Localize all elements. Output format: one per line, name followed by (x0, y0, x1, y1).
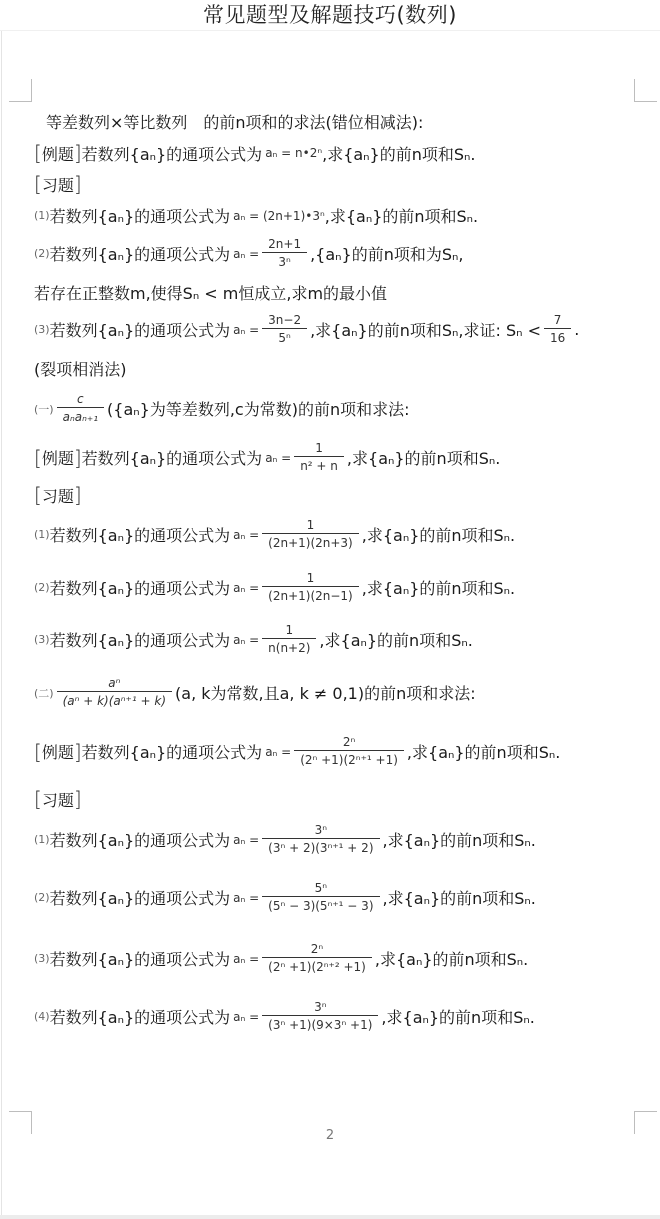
example-text: 若数列{aₙ}的通项公式为 (82, 142, 263, 165)
fraction-numerator: c (71, 391, 90, 407)
page-number: 2 (0, 1128, 660, 1143)
part-label: (一) (34, 401, 54, 417)
document-title-bar: 常见题型及解题技巧(数列) (0, 0, 660, 31)
exercise-tag: 习题 (42, 173, 74, 196)
bracket-open: [ (34, 483, 42, 507)
bracket-close: ] (74, 446, 82, 470)
example-1: [例题] 若数列{aₙ}的通项公式为 aₙ = n•2ⁿ ,求{aₙ}的前n项和… (34, 141, 476, 165)
exercise-text: 若数列{aₙ}的通项公式为 (50, 576, 231, 599)
bracket-open: [ (34, 446, 42, 470)
formula-lhs: aₙ = (233, 1010, 259, 1024)
fraction: 3n−25ⁿ (262, 312, 307, 347)
exercise-tail: ,求{aₙ}的前n项和Sₙ. (362, 576, 515, 599)
exercise-text: 若数列{aₙ}的通项公式为 (50, 947, 231, 970)
exercise-number: (1) (34, 833, 50, 846)
exercise-text: 若数列{aₙ}的通项公式为 (50, 828, 231, 851)
fraction: 1n² + n (294, 440, 344, 475)
exercise-tail: ,{aₙ}的前n项和为Sₙ, (310, 242, 463, 265)
exercise-3-4: (4) 若数列{aₙ}的通项公式为 aₙ = 3ⁿ(3ⁿ +1)(9×3ⁿ +1… (34, 999, 535, 1034)
fraction-numerator: 2ⁿ (305, 941, 329, 957)
fraction-numerator: 3ⁿ (308, 999, 332, 1015)
exercise-number: (2) (34, 581, 50, 594)
example-2: [例题] 若数列{aₙ}的通项公式为 aₙ = 1n² + n ,求{aₙ}的前… (34, 440, 500, 475)
example-tail: ,求{aₙ}的前n项和Sₙ. (347, 446, 500, 469)
fraction-numerator: 7 (548, 312, 568, 328)
fraction-numerator: 1 (309, 440, 329, 456)
example-3: [例题] 若数列{aₙ}的通项公式为 aₙ = 2ⁿ(2ⁿ +1)(2ⁿ⁺¹ +… (34, 734, 560, 769)
exercise-text: 若数列{aₙ}的通项公式为 (50, 523, 231, 546)
exercise-tail: ,求{aₙ}的前n项和Sₙ. (383, 828, 536, 851)
crop-mark-top-right (634, 79, 657, 102)
fraction: 2ⁿ(2ⁿ +1)(2ⁿ⁺¹ +1) (294, 734, 404, 769)
exercise-text: 若数列{aₙ}的通项公式为 (50, 318, 231, 341)
exercise-2-3: (3) 若数列{aₙ}的通项公式为 aₙ = 1n(n+2) ,求{aₙ}的前n… (34, 622, 473, 657)
period: . (574, 320, 579, 339)
exercise-tail: ,求{aₙ}的前n项和Sₙ,求证: Sₙ < (310, 318, 541, 341)
exercise-number: (2) (34, 247, 50, 260)
exercise-tag-3: [习题] (34, 787, 82, 811)
bracket-open: [ (34, 740, 42, 764)
fraction: 3ⁿ(3ⁿ +1)(9×3ⁿ +1) (262, 999, 378, 1034)
example-tag: 例题 (42, 446, 74, 469)
exercise-tail: ,求{aₙ}的前n项和Sₙ. (375, 947, 528, 970)
part-tail: (a, k为常数,且a, k ≠ 0,1)的前n项和求法: (175, 681, 476, 704)
section2-heading: (裂项相消法) (34, 357, 127, 380)
example-text: 若数列{aₙ}的通项公式为 (82, 446, 263, 469)
formula-lhs: aₙ = (233, 581, 259, 595)
formula-lhs: aₙ = (233, 247, 259, 261)
fraction-numerator: 5ⁿ (309, 880, 333, 896)
fraction-denominator: 16 (544, 329, 571, 347)
formula-lhs: aₙ = (233, 528, 259, 542)
part-label: (二) (34, 685, 54, 701)
fraction-numerator: 1 (301, 517, 321, 533)
fraction: caₙaₙ₊₁ (57, 391, 104, 426)
fraction-denominator: n² + n (294, 457, 344, 475)
exercise-formula: aₙ = (2n+1)•3ⁿ (233, 209, 325, 223)
example-formula: aₙ = n•2ⁿ (265, 146, 322, 160)
fraction-denominator: (2ⁿ +1)(2ⁿ⁺¹ +1) (294, 751, 404, 769)
bracket-open: [ (34, 172, 42, 196)
crop-mark-top-left (9, 79, 32, 102)
exercise-tag: 习题 (42, 484, 74, 507)
exercise-text: 若数列{aₙ}的通项公式为 (50, 204, 231, 227)
fraction-numerator: 3n−2 (262, 312, 307, 328)
bracket-close: ] (74, 141, 82, 165)
part1-heading: (一) caₙaₙ₊₁ ({aₙ}为等差数列,c为常数)的前n项和求法: (34, 391, 409, 426)
fraction-numerator: 2ⁿ (337, 734, 361, 750)
formula-lhs: aₙ = (233, 891, 259, 905)
exercise-3-3: (3) 若数列{aₙ}的通项公式为 aₙ = 2ⁿ(2ⁿ +1)(2ⁿ⁺² +1… (34, 941, 528, 976)
fraction: 2ⁿ(2ⁿ +1)(2ⁿ⁺² +1) (262, 941, 372, 976)
exercise-text: 若数列{aₙ}的通项公式为 (50, 242, 231, 265)
fraction-bound: 716 (544, 312, 571, 347)
example-tag: 例题 (42, 142, 74, 165)
example-tail: ,求{aₙ}的前n项和Sₙ. (322, 142, 475, 165)
exercise-2-2: (2) 若数列{aₙ}的通项公式为 aₙ = 1(2n+1)(2n−1) ,求{… (34, 570, 515, 605)
fraction-denominator: 3ⁿ (272, 253, 296, 271)
fraction-denominator: (5ⁿ − 3)(5ⁿ⁺¹ − 3) (262, 897, 379, 915)
fraction-numerator: 1 (279, 622, 299, 638)
bracket-close: ] (74, 483, 82, 507)
exercise-tail: ,求{aₙ}的前n项和Sₙ. (381, 1005, 534, 1028)
formula-lhs: aₙ = (265, 451, 291, 465)
fraction: 2n+13ⁿ (262, 236, 307, 271)
heading-text: (裂项相消法) (34, 357, 127, 380)
heading-text: 等差数列×等比数列 的前n项和的求法(错位相减法): (46, 110, 423, 133)
fraction-denominator: (3ⁿ + 2)(3ⁿ⁺¹ + 2) (262, 839, 379, 857)
exercise-number: (3) (34, 633, 50, 646)
exercise-tail: ,求{aₙ}的前n项和Sₙ. (319, 628, 472, 651)
document-title: 常见题型及解题技巧(数列) (203, 3, 457, 27)
exercise-number: (2) (34, 891, 50, 904)
fraction: 5ⁿ(5ⁿ − 3)(5ⁿ⁺¹ − 3) (262, 880, 379, 915)
part-tail: ({aₙ}为等差数列,c为常数)的前n项和求法: (107, 397, 409, 420)
page-bottom-edge (0, 1215, 660, 1219)
formula-lhs: aₙ = (233, 323, 259, 337)
fraction-numerator: aⁿ (102, 675, 126, 691)
exercise-tail: ,求{aₙ}的前n项和Sₙ. (383, 886, 536, 909)
section1-heading: 等差数列×等比数列 的前n项和的求法(错位相减法): (46, 110, 423, 133)
exercise-text: 若数列{aₙ}的通项公式为 (50, 1005, 231, 1028)
exercise-1-2-continued: 若存在正整数m,使得Sₙ < m恒成立,求m的最小值 (34, 281, 387, 304)
fraction-denominator: (3ⁿ +1)(9×3ⁿ +1) (262, 1016, 378, 1034)
fraction-denominator: (2n+1)(2n−1) (262, 587, 359, 605)
fraction: aⁿ(aⁿ + k)(aⁿ⁺¹ + k) (57, 675, 172, 710)
exercise-1-2: (2) 若数列{aₙ}的通项公式为 aₙ = 2n+13ⁿ ,{aₙ}的前n项和… (34, 236, 463, 271)
exercise-tag-1: [习题] (34, 172, 82, 196)
fraction: 1n(n+2) (262, 622, 316, 657)
exercise-number: (1) (34, 209, 50, 222)
formula-lhs: aₙ = (233, 952, 259, 966)
exercise-tail: ,求{aₙ}的前n项和Sₙ. (362, 523, 515, 546)
fraction: 1(2n+1)(2n+3) (262, 517, 359, 552)
exercise-text: 若数列{aₙ}的通项公式为 (50, 628, 231, 651)
fraction-denominator: 5ⁿ (272, 329, 296, 347)
fraction-denominator: aₙaₙ₊₁ (57, 408, 104, 426)
fraction-numerator: 3ⁿ (309, 822, 333, 838)
exercise-tail: ,求{aₙ}的前n项和Sₙ. (325, 204, 478, 227)
exercise-3-1: (1) 若数列{aₙ}的通项公式为 aₙ = 3ⁿ(3ⁿ + 2)(3ⁿ⁺¹ +… (34, 822, 536, 857)
exercise-text: 若数列{aₙ}的通项公式为 (50, 886, 231, 909)
fraction-numerator: 1 (301, 570, 321, 586)
exercise-number: (3) (34, 323, 50, 336)
fraction-numerator: 2n+1 (262, 236, 307, 252)
example-tail: ,求{aₙ}的前n项和Sₙ. (407, 740, 560, 763)
exercise-tag: 习题 (42, 788, 74, 811)
bracket-open: [ (34, 141, 42, 165)
fraction-denominator: (aⁿ + k)(aⁿ⁺¹ + k) (57, 692, 172, 710)
bracket-close: ] (74, 172, 82, 196)
exercise-1-3: (3) 若数列{aₙ}的通项公式为 aₙ = 3n−25ⁿ ,求{aₙ}的前n项… (34, 312, 579, 347)
fraction-denominator: n(n+2) (262, 639, 316, 657)
fraction-denominator: (2n+1)(2n+3) (262, 534, 359, 552)
bracket-close: ] (74, 740, 82, 764)
example-tag: 例题 (42, 740, 74, 763)
bracket-close: ] (74, 787, 82, 811)
formula-lhs: aₙ = (233, 633, 259, 647)
formula-lhs: aₙ = (233, 833, 259, 847)
exercise-tag-2: [习题] (34, 483, 82, 507)
exercise-number: (4) (34, 1010, 50, 1023)
exercise-3-2: (2) 若数列{aₙ}的通项公式为 aₙ = 5ⁿ(5ⁿ − 3)(5ⁿ⁺¹ −… (34, 880, 536, 915)
bracket-open: [ (34, 787, 42, 811)
fraction: 1(2n+1)(2n−1) (262, 570, 359, 605)
example-text: 若数列{aₙ}的通项公式为 (82, 740, 263, 763)
exercise-1-1: (1) 若数列{aₙ}的通项公式为 aₙ = (2n+1)•3ⁿ ,求{aₙ}的… (34, 204, 478, 227)
exercise-2-1: (1) 若数列{aₙ}的通项公式为 aₙ = 1(2n+1)(2n+3) ,求{… (34, 517, 515, 552)
formula-lhs: aₙ = (265, 745, 291, 759)
exercise-number: (1) (34, 528, 50, 541)
exercise-number: (3) (34, 952, 50, 965)
exercise-continuation: 若存在正整数m,使得Sₙ < m恒成立,求m的最小值 (34, 281, 387, 304)
fraction: 3ⁿ(3ⁿ + 2)(3ⁿ⁺¹ + 2) (262, 822, 379, 857)
part2-heading: (二) aⁿ(aⁿ + k)(aⁿ⁺¹ + k) (a, k为常数,且a, k … (34, 675, 476, 710)
fraction-denominator: (2ⁿ +1)(2ⁿ⁺² +1) (262, 958, 372, 976)
